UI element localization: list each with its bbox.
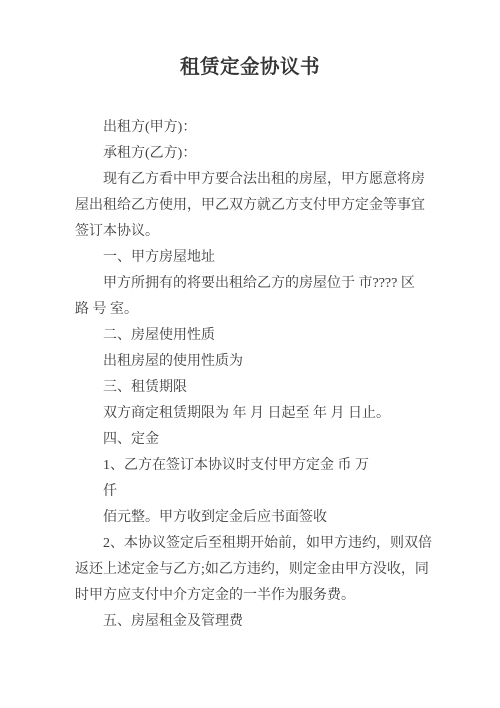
paragraph-7: 出租房屋的使用性质为 [75,349,464,375]
paragraph-10: 四、定金 [75,427,464,453]
paragraph-2: 承租方(乙方)： [75,141,464,167]
document-body: 出租方(甲方)：承租方(乙方)：现有乙方看中甲方要合法出租的房屋，甲方愿意将房 … [0,115,500,635]
paragraph-4: 一、甲方房屋地址 [75,245,464,271]
paragraph-3: 现有乙方看中甲方要合法出租的房屋，甲方愿意将房 屋出租给乙方使用，甲乙双方就乙方… [75,167,464,245]
paragraph-15: 五、房屋租金及管理费 [75,609,464,635]
paragraph-14: 2、本协议签定后至租期开始前，如甲方违约，则双倍 返还上述定金与乙方;如乙方违约… [75,531,464,609]
paragraph-6: 二、房屋使用性质 [75,323,464,349]
paragraph-13: 佰元整。甲方收到定金后应书面签收 [75,505,464,531]
paragraph-9: 双方商定租赁期限为 年 月 日起至 年 月 日止。 [75,401,464,427]
paragraph-11: 1、乙方在签订本协议时支付甲方定金 币 万 [75,453,464,479]
paragraph-12: 仟 [75,479,464,505]
paragraph-1: 出租方(甲方)： [75,115,464,141]
document-title: 租赁定金协议书 [0,54,500,82]
paragraph-8: 三、租赁期限 [75,375,464,401]
document-page: 租赁定金协议书 出租方(甲方)：承租方(乙方)：现有乙方看中甲方要合法出租的房屋… [0,0,500,708]
paragraph-5: 甲方所拥有的将要出租给乙方的房屋位于 市???? 区 路 号 室。 [75,271,464,323]
